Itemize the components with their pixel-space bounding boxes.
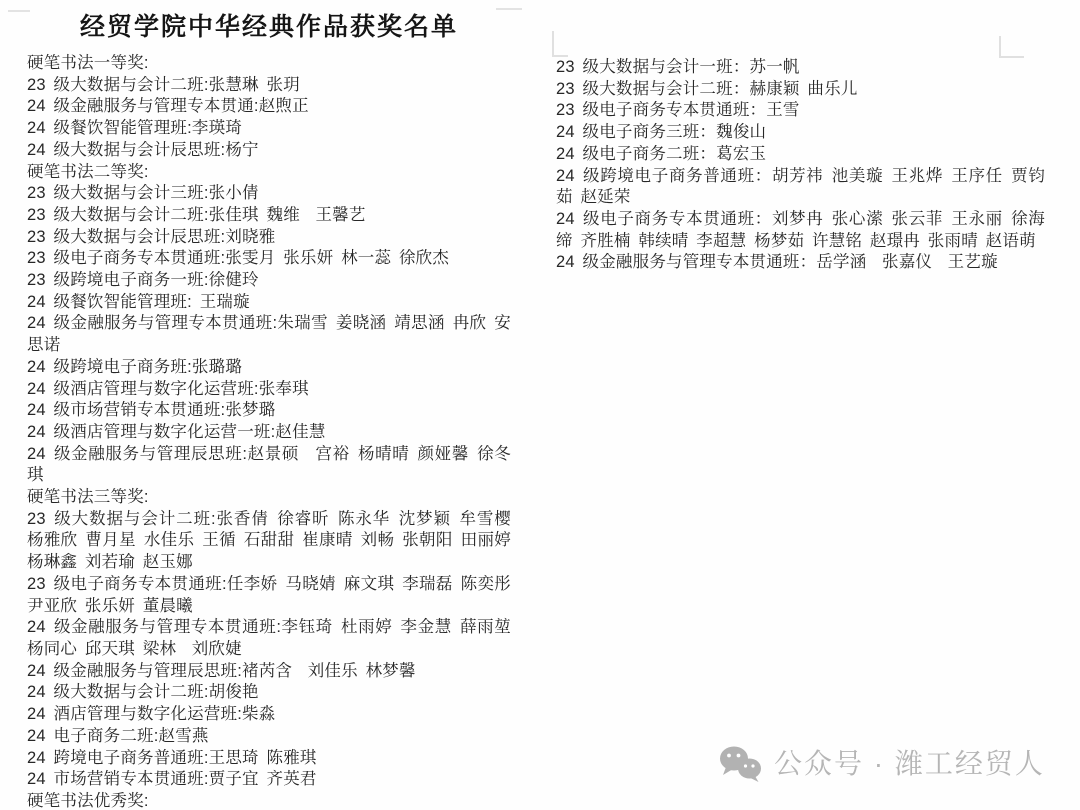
award-line: 24 级电子商务三班：魏俊山 bbox=[556, 122, 1045, 144]
award-line: 24 酒店管理与数字化运营班:柴淼 bbox=[27, 704, 511, 726]
award-line: 24 级大数据与会计辰思班:杨宁 bbox=[27, 140, 511, 162]
document-canvas: 经贸学院中华经典作品获奖名单 硬笔书法一等奖:23 级大数据与会计二班:张慧琳 … bbox=[0, 0, 1080, 810]
award-line: 23 级跨境电子商务一班:徐健玲 bbox=[27, 270, 511, 292]
award-line: 23 级电子商务专本贯通班:张雯月 张乐妍 林一蕊 徐欣杰 bbox=[27, 248, 511, 270]
award-line: 硬笔书法一等奖: bbox=[27, 53, 511, 75]
award-list-left: 硬笔书法一等奖:23 级大数据与会计二班:张慧琳 张玥24 级金融服务与管理专本… bbox=[27, 53, 511, 810]
award-line: 24 级跨境电子商务普通班：胡芳祎 池美璇 王兆烨 王序任 贾钧茹 赵延荣 bbox=[556, 166, 1045, 209]
award-line: 24 级金融服务与管理专本贯通班:朱瑞雪 姜晓涵 靖思涵 冉欣 安思诺 bbox=[27, 313, 511, 356]
award-line: 24 级金融服务与管理专本贯通班：岳学涵 张嘉仪 王艺璇 bbox=[556, 252, 1045, 274]
award-line: 24 市场营销专本贯通班:贾子宜 齐英君 bbox=[27, 769, 511, 791]
award-line: 24 级餐饮智能管理班: 王瑞璇 bbox=[27, 292, 511, 314]
award-line: 24 级大数据与会计二班:胡俊艳 bbox=[27, 682, 511, 704]
award-line: 24 级电子商务专本贯通班：刘梦冉 张心潆 张云菲 王永丽 徐海缔 齐胜楠 韩续… bbox=[556, 209, 1045, 252]
award-line: 24 级酒店管理与数字化运营一班:赵佳慧 bbox=[27, 422, 511, 444]
award-line: 24 级跨境电子商务班:张璐璐 bbox=[27, 357, 511, 379]
award-line: 24 电子商务二班:赵雪燕 bbox=[27, 726, 511, 748]
wechat-icon bbox=[719, 745, 763, 783]
crop-mark-top-center bbox=[496, 8, 522, 10]
watermark-text: 公众号 · 潍工经贸人 bbox=[774, 744, 1045, 784]
award-line: 23 级大数据与会计二班:张佳琪 魏维 王馨艺 bbox=[27, 205, 511, 227]
award-line: 23 级电子商务专本贯通班:任李娇 马晓婧 麻文琪 李瑞磊 陈奕彤 尹亚欣 张乐… bbox=[27, 574, 511, 617]
crop-mark-top-left bbox=[8, 10, 30, 12]
watermark: 公众号 · 潍工经贸人 bbox=[719, 744, 1045, 784]
award-line: 23 级电子商务专本贯通班：王雪 bbox=[556, 100, 1045, 122]
award-line: 24 级金融服务与管理专本贯通班:李钰琦 杜雨婷 李金慧 薛雨堃 杨同心 邱天琪… bbox=[27, 617, 511, 660]
award-line: 23 级大数据与会计辰思班:刘晓雅 bbox=[27, 227, 511, 249]
corner-mark-page-right-right bbox=[999, 36, 1024, 58]
award-line: 24 跨境电子商务普通班:王思琦 陈雅琪 bbox=[27, 748, 511, 770]
corner-mark-page-right-left bbox=[552, 31, 568, 57]
award-line: 23 级大数据与会计二班:张香倩 徐睿昕 陈永华 沈梦颖 牟雪樱 杨雅欣 曹月星… bbox=[27, 509, 511, 574]
page-right: 23 级大数据与会计一班：苏一帆23 级大数据与会计二班：赫康颖 曲乐儿23 级… bbox=[556, 57, 1045, 274]
award-list-right: 23 级大数据与会计一班：苏一帆23 级大数据与会计二班：赫康颖 曲乐儿23 级… bbox=[556, 57, 1045, 274]
award-line: 23 级大数据与会计三班:张小倩 bbox=[27, 183, 511, 205]
page-title: 经贸学院中华经典作品获奖名单 bbox=[27, 10, 511, 44]
award-line: 24 级金融服务与管理辰思班:赵景硕 宫裕 杨晴晴 颜娅馨 徐冬琪 bbox=[27, 444, 511, 487]
award-line: 24 级市场营销专本贯通班:张梦璐 bbox=[27, 400, 511, 422]
page-left: 经贸学院中华经典作品获奖名单 硬笔书法一等奖:23 级大数据与会计二班:张慧琳 … bbox=[27, 10, 511, 810]
award-line: 24 级金融服务与管理辰思班:褚芮含 刘佳乐 林梦馨 bbox=[27, 661, 511, 683]
award-line: 24 级酒店管理与数字化运营班:张奉琪 bbox=[27, 379, 511, 401]
award-line: 24 级餐饮智能管理班:李瑛琦 bbox=[27, 118, 511, 140]
award-line: 硬笔书法三等奖: bbox=[27, 487, 511, 509]
award-line: 23 级大数据与会计二班:张慧琳 张玥 bbox=[27, 75, 511, 97]
award-line: 24 级金融服务与管理专本贯通:赵煦正 bbox=[27, 96, 511, 118]
award-line: 硬笔书法优秀奖: bbox=[27, 791, 511, 810]
award-line: 23 级大数据与会计二班：赫康颖 曲乐儿 bbox=[556, 79, 1045, 101]
award-line: 硬笔书法二等奖: bbox=[27, 162, 511, 184]
award-line: 23 级大数据与会计一班：苏一帆 bbox=[556, 57, 1045, 79]
award-line: 24 级电子商务二班：葛宏玉 bbox=[556, 144, 1045, 166]
